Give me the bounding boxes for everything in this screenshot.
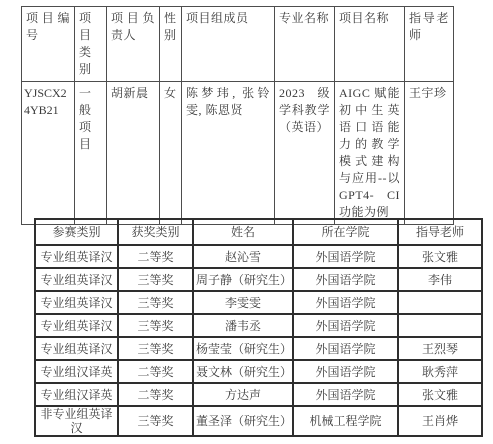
header-student-name: 姓名	[193, 219, 293, 245]
cell-college: 外国语学院	[293, 360, 398, 383]
project-table-row: YJSCX24YB21 一般项目 胡新晨 女 陈梦玮, 张铃雯, 陈恩贤 202…	[22, 82, 454, 225]
header-contest-category: 参赛类别	[35, 219, 118, 245]
award-table-row: 专业组汉译英 二等奖 方达声 外国语学院 张文雅	[35, 383, 482, 406]
header-project-type: 项目类别	[75, 7, 107, 82]
header-project-members: 项目组成员	[182, 7, 275, 82]
cell-college: 机械工程学院	[293, 406, 398, 436]
cell-award-level: 三等奖	[118, 268, 193, 291]
cell-award-advisor	[398, 314, 482, 337]
cell-award-level: 二等奖	[118, 360, 193, 383]
header-award-level: 获奖类别	[118, 219, 193, 245]
cell-college: 外国语学院	[293, 291, 398, 314]
cell-college: 外国语学院	[293, 337, 398, 360]
cell-contest-category: 专业组英译汉	[35, 337, 118, 360]
cell-award-level: 三等奖	[118, 406, 193, 436]
cell-gender: 女	[160, 82, 182, 225]
cell-student-name: 李雯雯	[193, 291, 293, 314]
award-list-table: 参赛类别 获奖类别 姓名 所在学院 指导老师 专业组英译汉 二等奖 赵沁雪 外国…	[34, 218, 483, 437]
project-info-table: 项目编号 项目类别 项目负责人 性别 项目组成员 专业名称 项目名称 指导老师 …	[21, 6, 454, 225]
cell-project-leader: 胡新晨	[107, 82, 160, 225]
cell-award-advisor: 张文雅	[398, 245, 482, 268]
cell-project-title: AIGC 赋能初中生英语口语能力的教学模式建构与应用--以 GPT4- CI 功…	[335, 82, 405, 225]
award-table-row: 专业组英译汉 三等奖 杨莹莹（研究生） 外国语学院 王烈琴	[35, 337, 482, 360]
cell-award-level: 二等奖	[118, 245, 193, 268]
header-project-title: 项目名称	[335, 7, 405, 82]
cell-student-name: 杨莹莹（研究生）	[193, 337, 293, 360]
cell-college: 外国语学院	[293, 245, 398, 268]
award-table-row: 专业组英译汉 三等奖 周子静（研究生） 外国语学院 李伟	[35, 268, 482, 291]
award-table-row: 专业组英译汉 三等奖 潘韦丞 外国语学院	[35, 314, 482, 337]
cell-project-members: 陈梦玮, 张铃雯, 陈恩贤	[182, 82, 275, 225]
project-table-header-row: 项目编号 项目类别 项目负责人 性别 项目组成员 专业名称 项目名称 指导老师	[22, 7, 454, 82]
cell-contest-category: 专业组汉译英	[35, 383, 118, 406]
award-table-row: 专业组汉译英 二等奖 聂文林（研究生） 外国语学院 耿秀萍	[35, 360, 482, 383]
cell-student-name: 周子静（研究生）	[193, 268, 293, 291]
cell-contest-category: 专业组英译汉	[35, 314, 118, 337]
award-table-row: 专业组英译汉 三等奖 李雯雯 外国语学院	[35, 291, 482, 314]
cell-award-level: 二等奖	[118, 383, 193, 406]
header-advisor: 指导老师	[405, 7, 454, 82]
cell-student-name: 潘韦丞	[193, 314, 293, 337]
cell-award-advisor: 耿秀萍	[398, 360, 482, 383]
cell-award-advisor	[398, 291, 482, 314]
header-college: 所在学院	[293, 219, 398, 245]
cell-college: 外国语学院	[293, 268, 398, 291]
cell-award-advisor: 王烈琴	[398, 337, 482, 360]
cell-college: 外国语学院	[293, 383, 398, 406]
cell-award-level: 三等奖	[118, 337, 193, 360]
award-table-header-row: 参赛类别 获奖类别 姓名 所在学院 指导老师	[35, 219, 482, 245]
header-project-id: 项目编号	[22, 7, 75, 82]
cell-project-type: 一般项目	[75, 82, 107, 225]
cell-project-id: YJSCX24YB21	[22, 82, 75, 225]
document-page: 项目编号 项目类别 项目负责人 性别 项目组成员 专业名称 项目名称 指导老师 …	[0, 0, 493, 444]
header-gender: 性别	[160, 7, 182, 82]
cell-contest-category: 专业组英译汉	[35, 268, 118, 291]
header-project-leader: 项目负责人	[107, 7, 160, 82]
cell-student-name: 董圣泽（研究生）	[193, 406, 293, 436]
cell-contest-category: 专业组英译汉	[35, 245, 118, 268]
cell-award-advisor: 李伟	[398, 268, 482, 291]
cell-contest-category: 非专业组英译汉	[35, 406, 118, 436]
cell-student-name: 聂文林（研究生）	[193, 360, 293, 383]
cell-advisor: 王宇珍	[405, 82, 454, 225]
cell-award-level: 三等奖	[118, 291, 193, 314]
cell-award-level: 三等奖	[118, 314, 193, 337]
cell-student-name: 赵沁雪	[193, 245, 293, 268]
award-table-row: 专业组英译汉 二等奖 赵沁雪 外国语学院 张文雅	[35, 245, 482, 268]
header-major-name: 专业名称	[275, 7, 335, 82]
award-table-row: 非专业组英译汉 三等奖 董圣泽（研究生） 机械工程学院 王肖烨	[35, 406, 482, 436]
header-award-advisor: 指导老师	[398, 219, 482, 245]
cell-college: 外国语学院	[293, 314, 398, 337]
cell-contest-category: 专业组汉译英	[35, 360, 118, 383]
cell-award-advisor: 张文雅	[398, 383, 482, 406]
cell-contest-category: 专业组英译汉	[35, 291, 118, 314]
cell-major-name: 2023 级学科教学（英语）	[275, 82, 335, 225]
cell-award-advisor: 王肖烨	[398, 406, 482, 436]
cell-student-name: 方达声	[193, 383, 293, 406]
